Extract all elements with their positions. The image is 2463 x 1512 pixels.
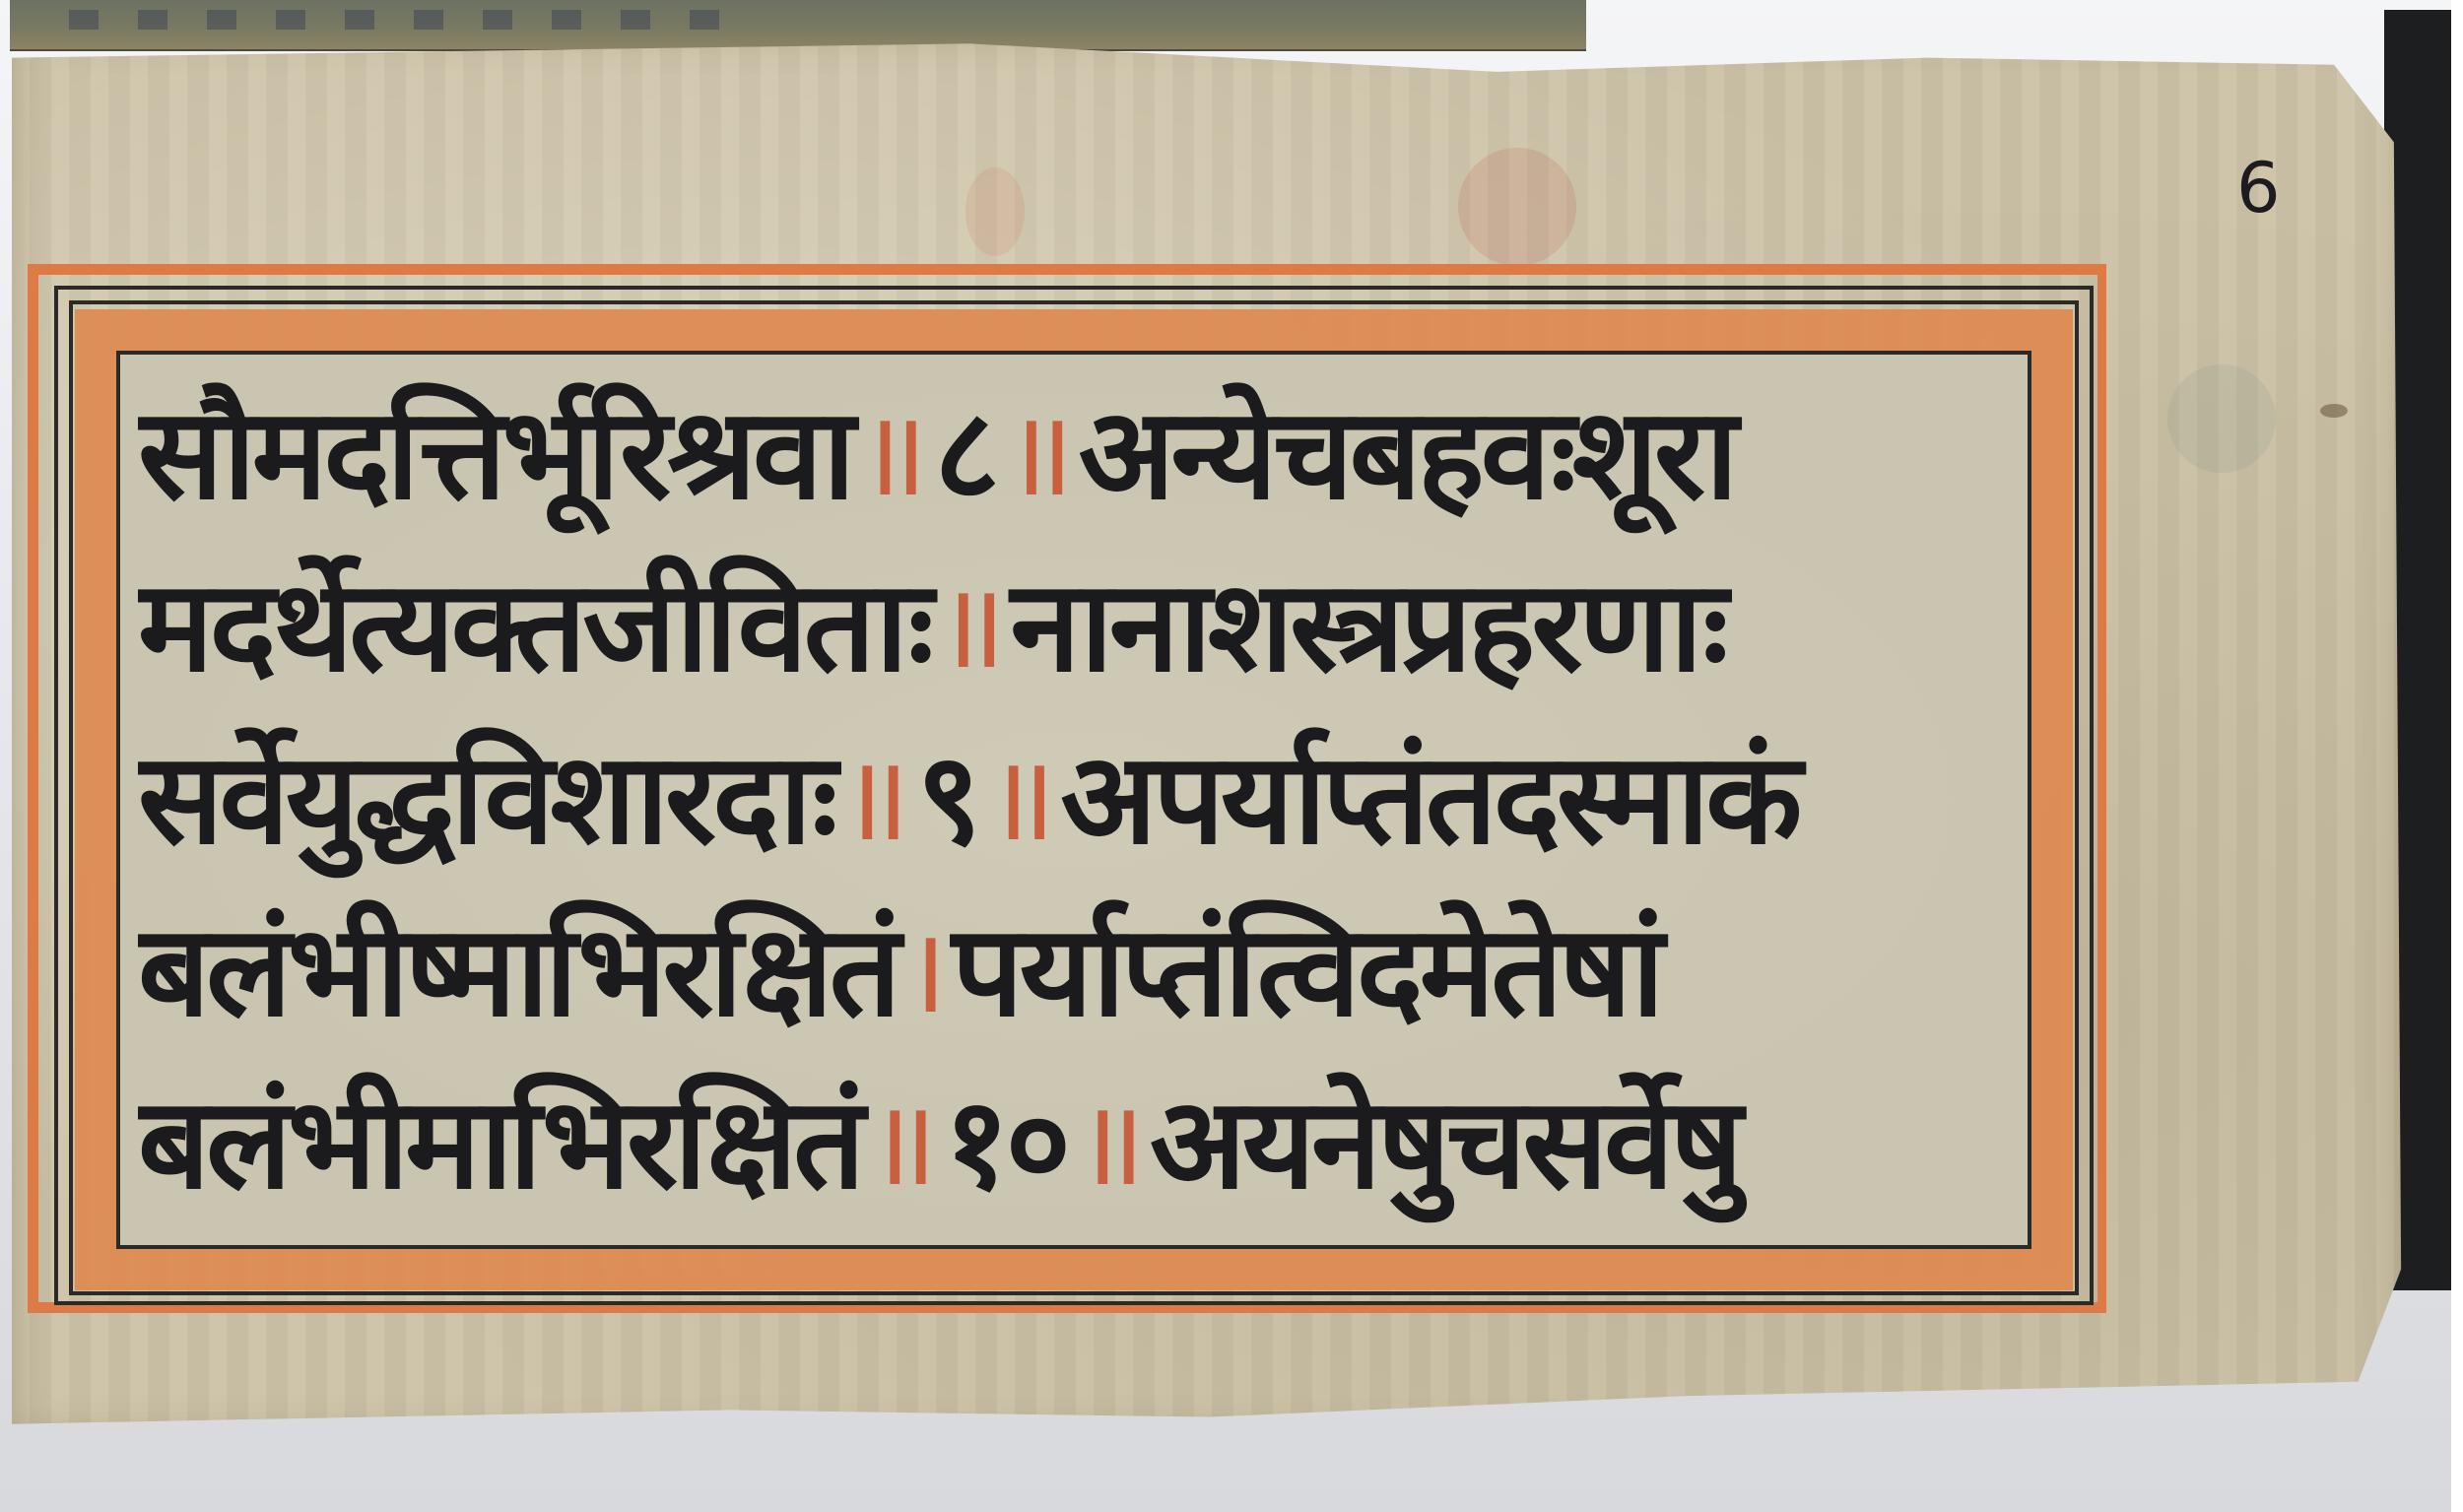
page-number: 6 — [2236, 148, 2281, 229]
text-segment: बलंभीमाभिरक्षितं — [138, 1082, 861, 1208]
text-segment: पर्याप्तंत्विदमेतेषां — [952, 909, 1660, 1035]
manuscript-text: सौमदत्तिर्भूरिश्रवा ॥ ८ ॥ अन्येचबहवःशूरा… — [138, 355, 2010, 1241]
danda-marker: ॥ — [857, 396, 926, 514]
text-segment: मदर्थेत्यक्तजीविताः — [138, 564, 930, 690]
text-segment: अपर्याप्तंतदस्माकं — [1060, 737, 1798, 863]
text-line-1: सौमदत्तिर्भूरिश्रवा ॥ ८ ॥ अन्येचबहवःशूरा — [138, 371, 2010, 539]
manuscript-photo: 6 सौमदत्तिर्भूरिश्रवा ॥ ८ ॥ अन्येचबहवःशू… — [0, 0, 2463, 1512]
text-segment: नानाशस्त्रप्रहरणाः — [1011, 564, 1725, 690]
text-segment: अन्येचबहवःशूरा — [1079, 392, 1735, 518]
danda-marker: ॥ — [867, 1085, 936, 1204]
text-line-4: बलंभीष्माभिरक्षितं । पर्याप्तंत्विदमेतेष… — [138, 888, 2010, 1056]
text-segment: अयनेषुचसर्वेषु — [1150, 1082, 1739, 1208]
verse-number: ८ — [934, 392, 996, 518]
text-segment: बलंभीष्माभिरक्षितं — [138, 909, 898, 1035]
danda-marker: । — [903, 913, 946, 1031]
danda-marker: ॥ — [839, 741, 908, 859]
text-line-5: बलंभीमाभिरक्षितं ॥ १० ॥ अयनेषुचसर्वेषु — [138, 1061, 2010, 1228]
text-segment: सर्वेयुद्धविशारदाः — [138, 737, 833, 863]
text-line-2: मदर्थेत्यक्तजीविताः ॥ नानाशस्त्रप्रहरणाः — [138, 544, 2010, 711]
danda-marker: ॥ — [1004, 396, 1073, 514]
underlying-leaf-edge — [10, 0, 1586, 51]
text-line-3: सर्वेयुद्धविशारदाः ॥ ९ ॥ अपर्याप्तंतदस्म… — [138, 716, 2010, 884]
underlying-leaf-script-marks — [69, 10, 759, 30]
verse-number: १० — [944, 1082, 1067, 1208]
danda-marker: ॥ — [1075, 1085, 1144, 1204]
photo-margin — [2451, 0, 2463, 1512]
verse-number: ९ — [916, 737, 978, 863]
danda-marker: ॥ — [936, 568, 1005, 687]
danda-marker: ॥ — [986, 741, 1055, 859]
text-segment: सौमदत्तिर्भूरिश्रवा — [138, 392, 851, 518]
